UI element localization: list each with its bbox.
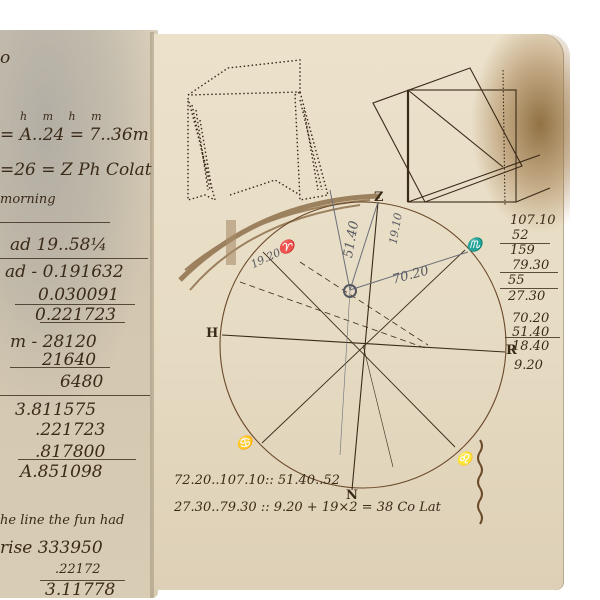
bottom-line: 72.20..107.10:: 51.40..52 (174, 473, 340, 488)
side-number: 9.20 (514, 358, 543, 373)
side-number: 52 (512, 228, 529, 243)
sign-scorpio-icon: ♏ (466, 238, 482, 253)
inscribed-squares (373, 68, 550, 205)
side-number: 159 (510, 243, 535, 258)
label-zenith: Z (374, 190, 384, 205)
label-horizon-left: H (206, 326, 218, 341)
sign-cancer-icon: ♋ (236, 436, 252, 451)
dotted-trapezoid (188, 60, 328, 200)
decorative-border (478, 440, 482, 524)
celestial-circle (220, 190, 506, 490)
side-number: 79.30 (512, 258, 549, 273)
side-number: 55 (508, 273, 525, 288)
side-number: 107.10 (510, 213, 556, 228)
side-number: 27.30 (508, 289, 545, 304)
side-number: 18.40 (512, 339, 549, 354)
side-number: 70.20 (512, 311, 549, 326)
sign-leo-icon: ♌ (456, 452, 472, 467)
bottom-line: 27.30..79.30 :: 9.20 + 19×2 = 38 Co Lat (174, 500, 441, 515)
